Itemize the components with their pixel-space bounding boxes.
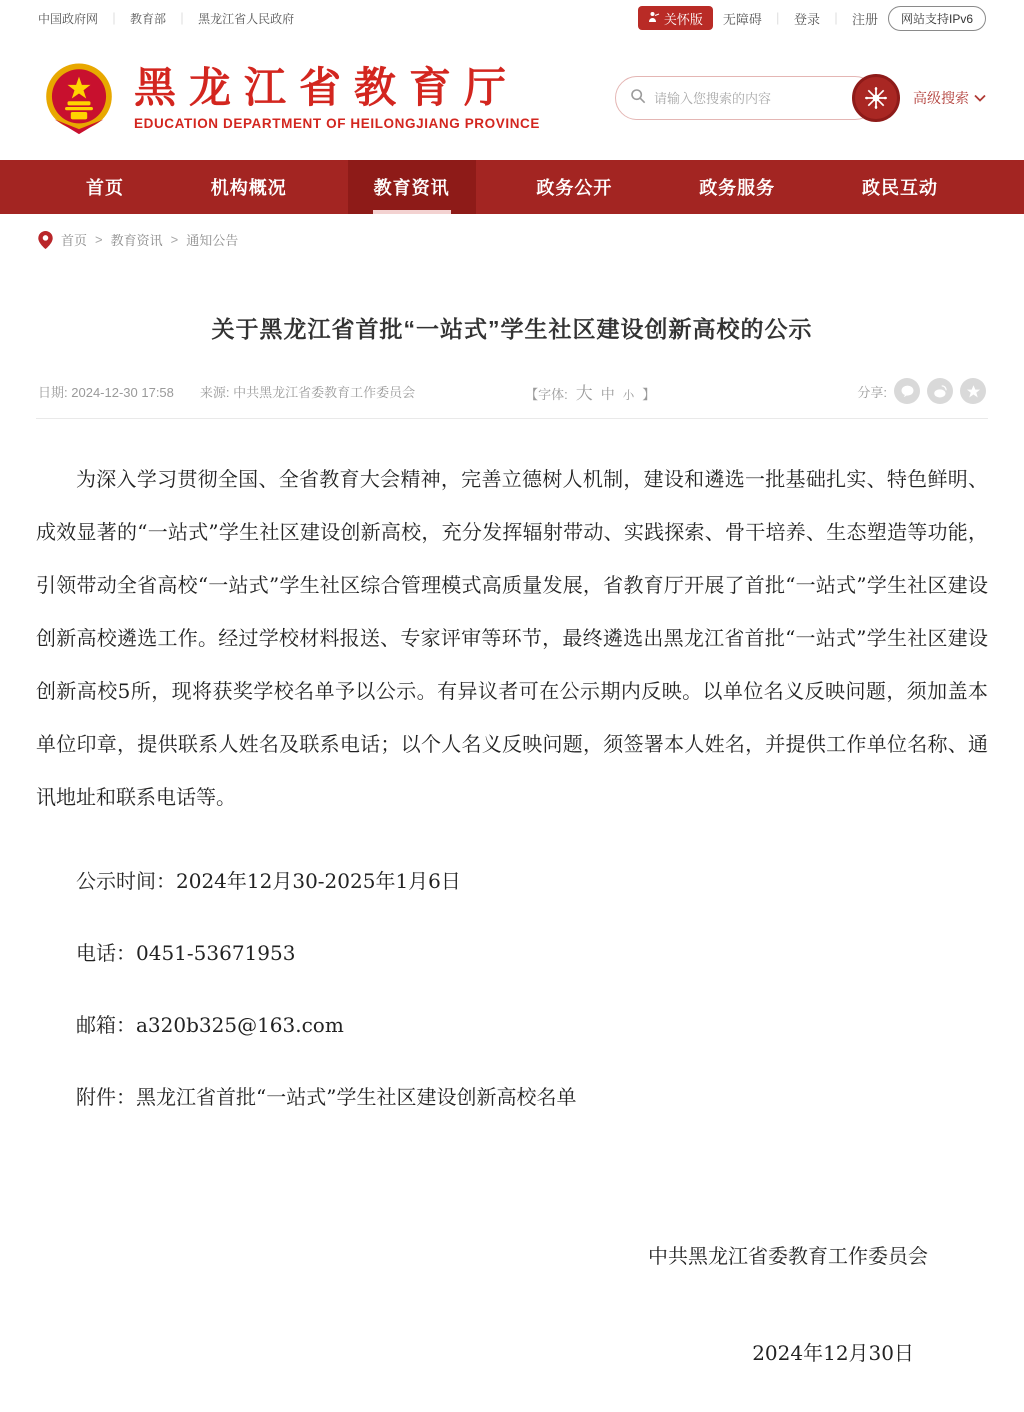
phone-line: 电话：0451-53671953: [36, 938, 988, 968]
date-label: 日期:: [38, 385, 68, 400]
article-meta-left: 日期: 2024-12-30 17:58 来源: 中共黑龙江省委教育工作委员会: [38, 382, 415, 401]
advanced-search-label: 高级搜索: [913, 88, 969, 108]
nav-item-public-interaction[interactable]: 政民互动: [836, 160, 964, 214]
breadcrumb: 首页 > 教育资讯 > 通知公告: [0, 214, 1024, 259]
breadcrumb-education-news[interactable]: 教育资讯: [111, 230, 163, 249]
person-icon: [648, 11, 660, 26]
article-title: 关于黑龙江省首批“一站式”学生社区建设创新高校的公示: [36, 311, 988, 344]
site-logo[interactable]: 黑龙江省教育厅 EDUCATION DEPARTMENT OF HEILONGJ…: [38, 57, 540, 139]
email-line: 邮箱：a320b325@163.com: [36, 1010, 988, 1040]
site-title-block: 黑龙江省教育厅 EDUCATION DEPARTMENT OF HEILONGJ…: [134, 65, 540, 130]
share-weibo-button[interactable]: [927, 378, 953, 404]
register-link[interactable]: 注册: [852, 9, 878, 28]
login-link[interactable]: 登录: [794, 9, 820, 28]
share-widget: 分享:: [857, 378, 986, 404]
font-widget-close: 】: [642, 384, 655, 403]
font-widget-open: 【字体:: [525, 384, 568, 403]
divider: ｜: [830, 10, 842, 27]
article-body: 为深入学习贯彻全国、全省教育大会精神，完善立德树人机制，建设和遴选一批基础扎实、…: [36, 453, 988, 824]
signature-date: 2024年12月30日: [36, 1337, 928, 1366]
article-date: 日期: 2024-12-30 17:58: [38, 382, 174, 401]
nav-item-education-news[interactable]: 教育资讯: [348, 160, 476, 214]
nav-item-organization[interactable]: 机构概况: [185, 160, 313, 214]
article-paragraph: 为深入学习贯彻全国、全省教育大会精神，完善立德树人机制，建设和遴选一批基础扎实、…: [36, 453, 988, 824]
attachment-line: 附件：黑龙江省首批“一站式”学生社区建设创新高校名单: [36, 1082, 988, 1112]
nav-item-gov-services[interactable]: 政务服务: [673, 160, 801, 214]
link-ministry-education[interactable]: 教育部: [130, 10, 166, 27]
link-china-gov[interactable]: 中国政府网: [38, 10, 98, 27]
chevron-down-icon: [974, 94, 986, 102]
site-subtitle: EDUCATION DEPARTMENT OF HEILONGJIANG PRO…: [134, 116, 540, 131]
divider: ｜: [108, 10, 120, 27]
breadcrumb-separator: >: [171, 232, 179, 247]
search-input[interactable]: [654, 91, 862, 106]
site-title: 黑龙江省教育厅: [134, 65, 540, 111]
ipv6-badge: 网站支持IPv6: [888, 6, 986, 31]
link-heilongjiang-gov[interactable]: 黑龙江省人民政府: [198, 10, 294, 27]
search-submit-button[interactable]: [852, 74, 900, 122]
nav-item-gov-disclosure[interactable]: 政务公开: [510, 160, 638, 214]
nav-item-home[interactable]: 首页: [60, 160, 150, 214]
star-icon: [966, 384, 981, 399]
source-value: 中共黑龙江省委教育工作委员会: [233, 385, 415, 400]
font-size-large-button[interactable]: 大: [576, 379, 593, 404]
advanced-search-link[interactable]: 高级搜索: [913, 88, 986, 108]
care-version-button[interactable]: 关怀版: [638, 6, 713, 30]
font-size-widget: 【字体: 大 中 小 】: [525, 379, 655, 404]
site-header: 黑龙江省教育厅 EDUCATION DEPARTMENT OF HEILONGJ…: [0, 36, 1024, 160]
breadcrumb-separator: >: [95, 232, 103, 247]
font-size-medium-button[interactable]: 中: [601, 384, 615, 404]
signature-organization: 中共黑龙江省委教育工作委员会: [36, 1240, 928, 1269]
article-source: 来源: 中共黑龙江省委教育工作委员会: [200, 382, 415, 401]
gov-links: 中国政府网 ｜ 教育部 ｜ 黑龙江省人民政府: [38, 10, 294, 27]
divider: ｜: [772, 10, 784, 27]
search-box: [615, 76, 877, 120]
breadcrumb-notices[interactable]: 通知公告: [186, 230, 238, 249]
search-icon: [630, 88, 646, 109]
share-qq-button[interactable]: [960, 378, 986, 404]
font-size-small-button[interactable]: 小: [623, 387, 635, 403]
publicity-period-line: 公示时间：2024年12月30-2025年1月6日: [36, 866, 988, 896]
divider: ｜: [176, 10, 188, 27]
user-links: 关怀版 无障碍 ｜ 登录 ｜ 注册 网站支持IPv6: [638, 6, 986, 31]
article-meta-row: 日期: 2024-12-30 17:58 来源: 中共黑龙江省委教育工作委员会 …: [36, 378, 988, 404]
national-emblem-icon: [38, 57, 120, 139]
source-label: 来源:: [200, 385, 230, 400]
search-zone: 高级搜索: [615, 76, 986, 120]
breadcrumb-home[interactable]: 首页: [61, 230, 87, 249]
meta-divider: [36, 418, 988, 419]
top-utility-bar: 中国政府网 ｜ 教育部 ｜ 黑龙江省人民政府 关怀版 无障碍 ｜ 登录 ｜ 注册…: [0, 0, 1024, 36]
signature-block: 中共黑龙江省委教育工作委员会 2024年12月30日: [36, 1240, 988, 1366]
article-content: 关于黑龙江省首批“一站式”学生社区建设创新高校的公示 日期: 2024-12-3…: [0, 311, 1024, 1406]
accessibility-link[interactable]: 无障碍: [723, 9, 762, 28]
date-value: 2024-12-30 17:58: [71, 385, 174, 400]
snowflake-icon: [863, 85, 889, 111]
care-version-label: 关怀版: [664, 9, 703, 28]
share-wechat-button[interactable]: [894, 378, 920, 404]
wechat-icon: [900, 384, 915, 399]
location-pin-icon: [38, 231, 53, 249]
weibo-icon: [933, 384, 948, 399]
share-label: 分享:: [857, 382, 887, 401]
main-navigation: 首页 机构概况 教育资讯 政务公开 政务服务 政民互动: [0, 160, 1024, 214]
